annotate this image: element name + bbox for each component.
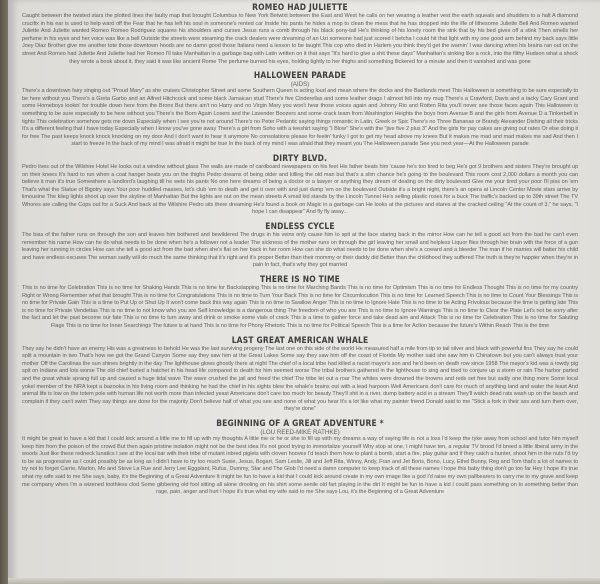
song-title: LAST GREAT AMERICAN WHALE bbox=[55, 336, 544, 346]
song-lyrics: They say he didn't have an enemy His was… bbox=[22, 346, 578, 414]
song-title: ENDLESS CYCLE bbox=[55, 222, 544, 232]
song-last-great-american-whale: LAST GREAT AMERICAN WHALE They say he di… bbox=[22, 336, 578, 414]
song-title: DIRTY BLVD. bbox=[55, 154, 544, 164]
song-dirty-blvd: DIRTY BLVD. Pedro lives out of the Wilsh… bbox=[22, 154, 578, 217]
sheet-bottom-edge bbox=[8, 578, 600, 584]
song-title: BEGINNING OF A GREAT ADVENTURE * bbox=[55, 419, 544, 429]
song-lyrics: There's a downtown fairy singing out "Pr… bbox=[22, 88, 578, 149]
photo-edge-left bbox=[0, 0, 8, 584]
song-lyrics: Caught between the twisted stars the plo… bbox=[22, 13, 578, 66]
song-beginning-of-a-great-adventure: BEGINNING OF A GREAT ADVENTURE * (LOU RE… bbox=[22, 419, 578, 497]
song-credit: (LOU REED-MIKE RATHKE) bbox=[22, 429, 578, 436]
song-romeo-had-juliette: ROMEO HAD JULIETTE Caught between the tw… bbox=[22, 3, 578, 66]
song-endless-cycle: ENDLESS CYCLE The bias of the father run… bbox=[22, 222, 578, 270]
song-lyrics: Pedro lives out of the Wilshire Hotel He… bbox=[22, 164, 578, 217]
song-title: ROMEO HAD JULIETTE bbox=[55, 3, 544, 13]
song-title: HALLOWEEN PARADE bbox=[55, 71, 544, 81]
song-lyrics: This is no time for Celebration This is … bbox=[22, 285, 578, 331]
song-lyrics: The bias of the father runs on through t… bbox=[22, 232, 578, 270]
lyrics-content: ROMEO HAD JULIETTE Caught between the tw… bbox=[22, 3, 578, 502]
song-credit: (AIDS) bbox=[22, 81, 578, 88]
song-there-is-no-time: THERE IS NO TIME This is no time for Cel… bbox=[22, 275, 578, 331]
song-lyrics: It might be great to have a kid that I c… bbox=[22, 436, 578, 497]
song-title: THERE IS NO TIME bbox=[55, 275, 544, 285]
song-halloween-parade: HALLOWEEN PARADE (AIDS) There's a downto… bbox=[22, 71, 578, 149]
